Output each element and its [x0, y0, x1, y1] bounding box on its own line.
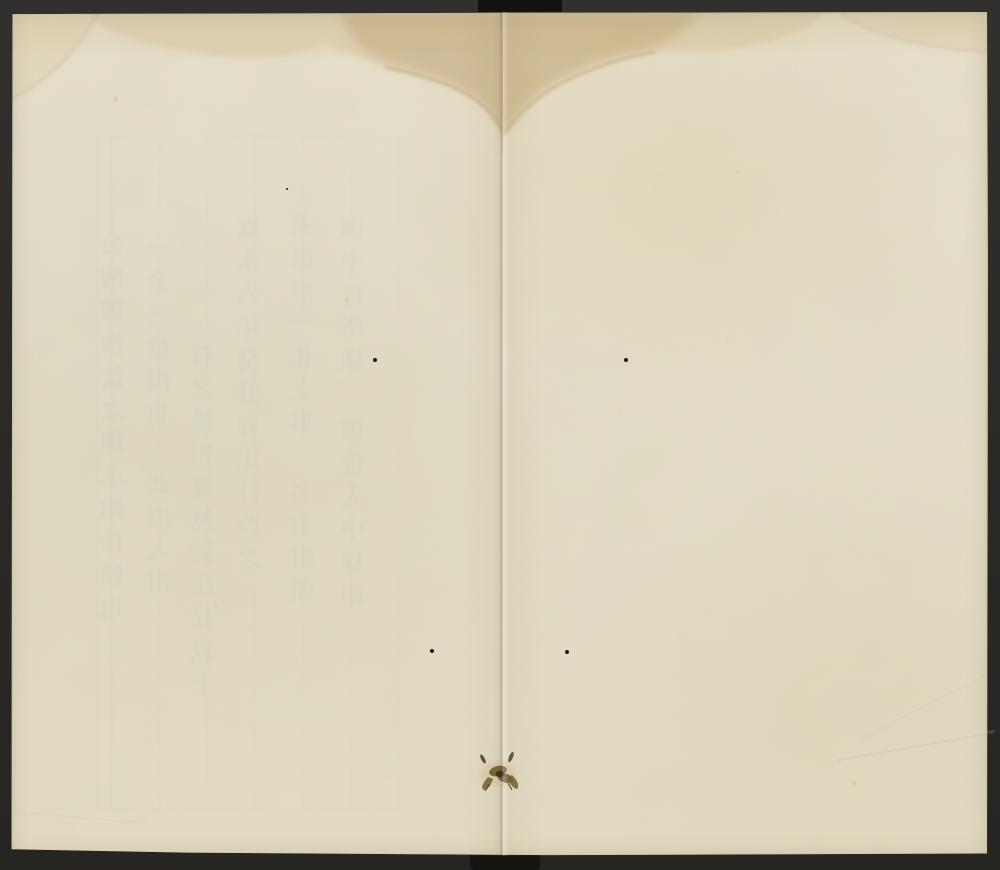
foxing-spot — [619, 412, 622, 415]
bleed-column: 右之通相違無御座候以上 — [193, 342, 217, 705]
water-stain-top-right-corner — [840, 12, 988, 52]
ink-speck — [430, 649, 434, 653]
ink-speck — [373, 358, 377, 362]
foxing-spot — [852, 781, 856, 785]
foxing-spot — [726, 336, 729, 339]
spine-binding-top — [478, 0, 562, 12]
foxing-spot — [113, 97, 118, 102]
foxing-spot — [736, 170, 740, 174]
water-stain-top-left-corner — [11, 12, 98, 100]
bleed-column: 公儀御沙汰之趣承知仕候也 — [103, 232, 127, 628]
bleed-column: 一金三拾両也 此度入用 — [149, 236, 173, 603]
ink-speck — [565, 650, 569, 654]
foxing-spot — [345, 298, 349, 302]
insect-remnant — [479, 751, 518, 791]
foxing-spot — [214, 605, 217, 608]
scan-canvas: 公儀御沙汰之趣承知仕候也 一金三拾両也 此度入用 右之通相違無御座候以上 嘉永六… — [0, 0, 1000, 870]
bleed-column: 嘉永六年癸丑春正月改之 — [239, 216, 263, 579]
bleed-column: 御奉行所様 御役人中様印 — [343, 216, 367, 616]
spine-binding-bottom — [470, 855, 540, 870]
book-page-spread: 公儀御沙汰之趣承知仕候也 一金三拾両也 此度入用 右之通相違無御座候以上 嘉永六… — [11, 12, 988, 856]
bleed-through-text-block: 公儀御沙汰之趣承知仕候也 一金三拾両也 此度入用 右之通相違無御座候以上 嘉永六… — [81, 124, 411, 824]
bleed-column: 差出申一札之事 名主組頭 — [293, 212, 317, 612]
